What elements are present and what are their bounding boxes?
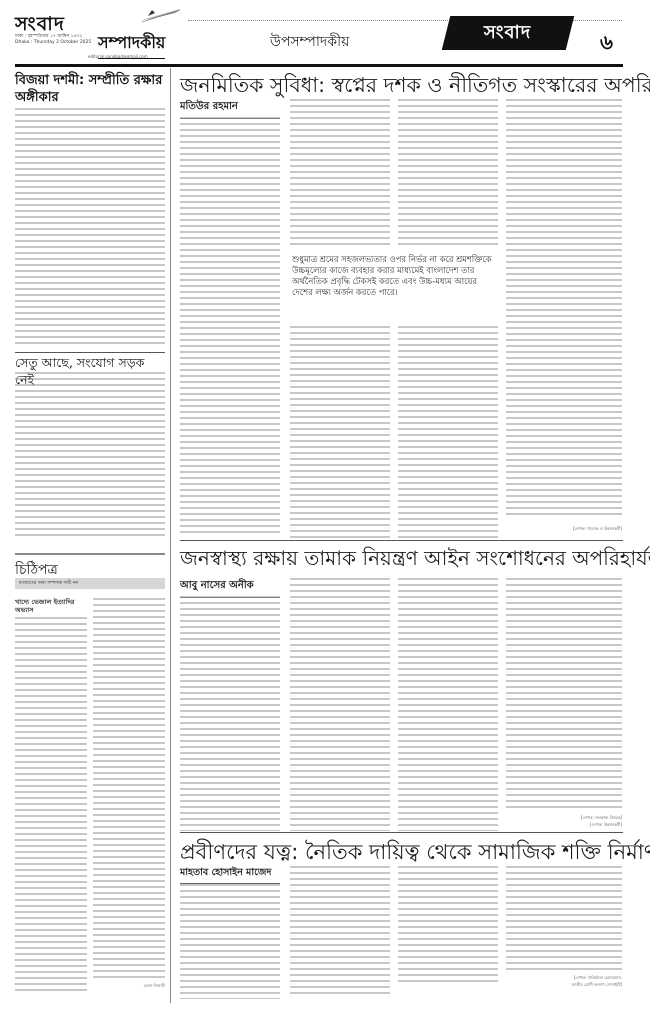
article-3-col2 [290,866,390,996]
article-1-col2 [290,326,390,538]
article-1-credit: [লেখক: গবেষক ও উন্নয়নকর্মী] [506,526,622,533]
article-3-credit-2: জাতীয় রোগী কল্যাণ সোসাইটি] [506,982,622,989]
editorial-2-body [15,372,165,540]
editorial-1-body [15,108,165,346]
dateline: ঢাকা : বৃহস্পতিবার ১৭ আশ্বিন ১৪৩২ Dhaka … [15,34,105,45]
article-1-col3-top [398,99,498,249]
article-3-byline: মাহতাব হোসাইন মাজেদ [180,866,280,884]
article-1-pull-quote: শুধুমাত্র শ্রমের সহজলভ্যতার ওপর নির্ভর ন… [292,254,497,298]
article-1-byline: মতিউর রহমান [180,99,280,119]
article-3-col3 [398,866,498,984]
masthead-logo: সংবাদ [15,10,145,30]
letter-signature: রেজা নিজামী [93,983,165,990]
masthead-rule [15,64,623,67]
masthead-logo-right: সংবাদ [442,16,574,50]
divider [15,553,165,555]
editorial-1-title: বিজয়া দশমী: সম্প্রীতি রক্ষার অঙ্গীকার [15,72,165,106]
article-1-col3 [398,326,498,538]
article-2-col1 [180,596,280,831]
editorial-email[interactable]: editorial.sangbad@gmail.com [88,54,148,59]
page-number: ৬ [600,28,613,61]
article-2-credit-2: [লেখক: উন্নয়নকর্মী] [506,822,622,829]
article-2-col3 [398,578,498,831]
date-english: Dhaka : Thursday 2 October 2025 [15,40,105,46]
quill-pen-icon [140,6,182,24]
article-1-col1 [180,117,280,537]
article-2-col2 [290,578,390,831]
article-3-col4 [506,866,622,971]
article-1-col4 [506,99,622,519]
subsection-title: উপসম্পাদকীয় [270,30,349,54]
divider [180,540,623,541]
article-3-credit-1: [লেখক: প্রতিষ্ঠাতা চেয়ারম্যান, [506,975,622,982]
letters-disclaimer: মতামতের জন্য সম্পাদক দায়ী নন [15,578,165,589]
article-2-col4 [506,578,622,810]
column-divider [170,68,171,1003]
article-2-byline: আবু নাসের অনীক [180,578,280,598]
letter-title: খাদ্যে ভেজাল ইত্যাদির অভ্যাস [15,598,87,614]
article-1-col2-top [290,99,390,249]
letter-body-col2 [93,598,165,978]
article-2-credit-1: [লেখক: জনস্বাস্থ্য বিষয়ক] [506,815,622,822]
divider [15,352,165,353]
letter-body-col1 [15,617,87,995]
article-3-col1 [180,884,280,999]
divider [180,832,623,833]
article-2-headline: জনস্বাস্থ্য রক্ষায় তামাক নিয়ন্ত্রণ আইন… [180,544,650,577]
